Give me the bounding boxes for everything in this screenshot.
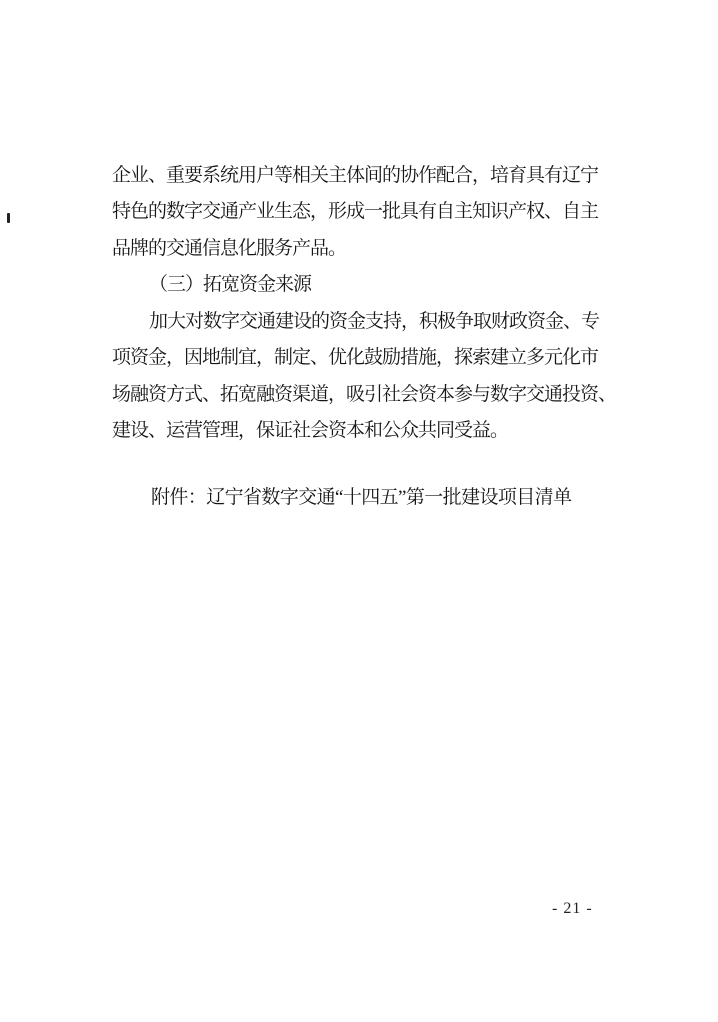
body-line: 场融资方式、拓宽融资渠道，吸引社会资本参与数字交通投资、	[112, 377, 612, 413]
body-line: 特色的数字交通产业生态，形成一批具有自主知识产权、自主	[112, 194, 612, 230]
body-line: 品牌的交通信息化服务产品。	[112, 231, 612, 267]
body-line: 企业、重要系统用户等相关主体间的协作配合，培育具有辽宁	[112, 158, 612, 194]
page-number: - 21 -	[552, 900, 593, 918]
body-line: 加大对数字交通建设的资金支持，积极争取财政资金、专	[112, 304, 612, 340]
scan-artifact-mark	[7, 213, 10, 223]
section-heading: （三）拓宽资金来源	[112, 267, 612, 303]
body-line: 建设、运营管理，保证社会资本和公众共同受益。	[112, 413, 612, 449]
document-page: 企业、重要系统用户等相关主体间的协作配合，培育具有辽宁 特色的数字交通产业生态，…	[0, 0, 718, 1022]
attachment-note: 附件：辽宁省数字交通“十四五”第一批建设项目清单	[112, 480, 671, 516]
body-text: 企业、重要系统用户等相关主体间的协作配合，培育具有辽宁 特色的数字交通产业生态，…	[112, 158, 612, 450]
body-line: 项资金，因地制宜，制定、优化鼓励措施，探索建立多元化市	[112, 340, 612, 376]
